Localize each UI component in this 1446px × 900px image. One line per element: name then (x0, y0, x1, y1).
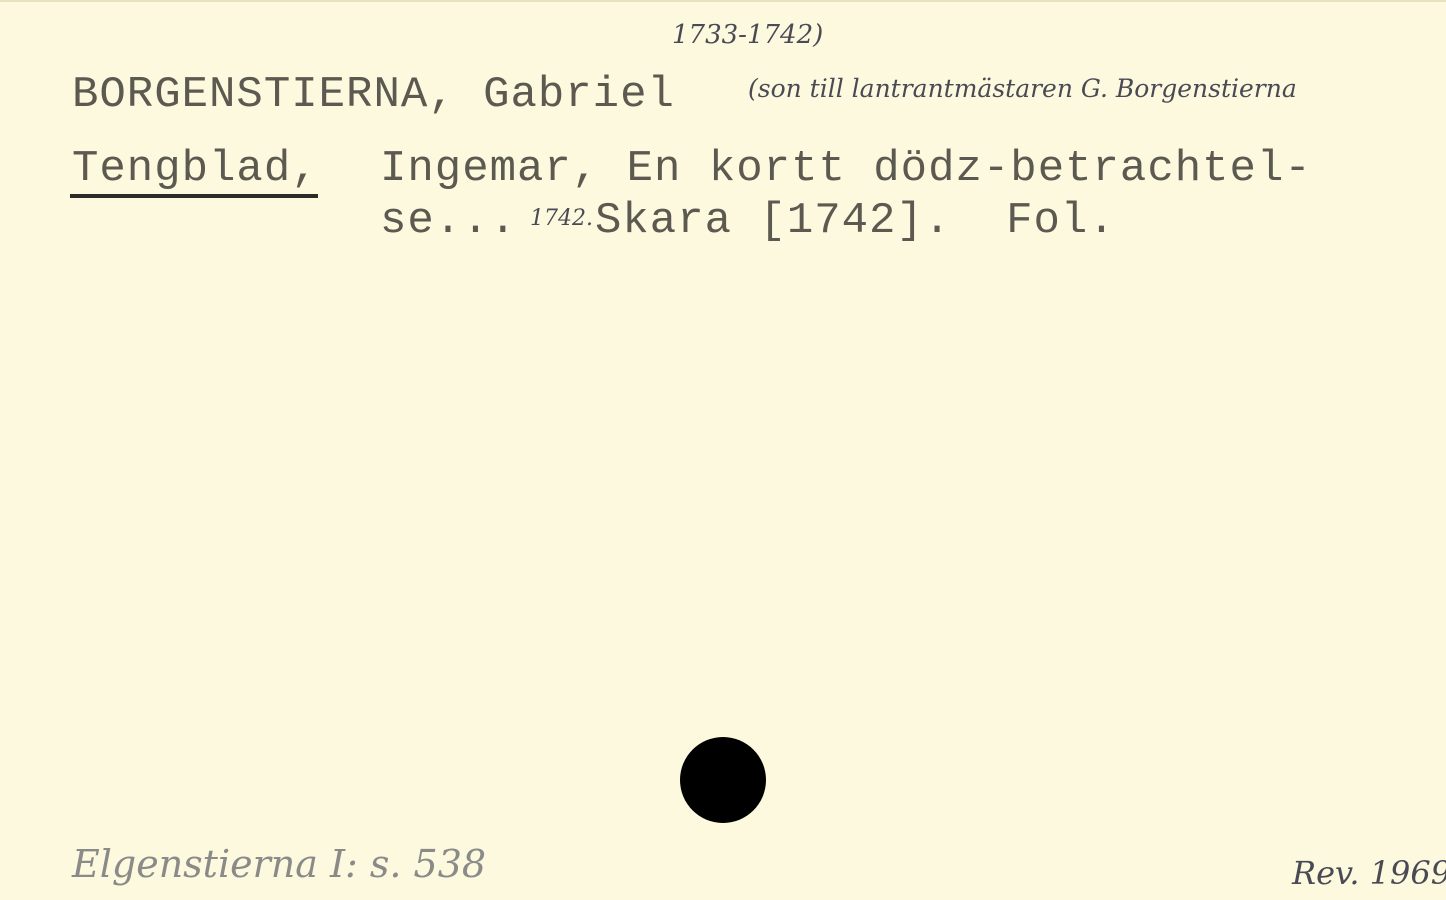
entry-title-line2-prefix: se... (380, 196, 517, 246)
entry-imprint: Skara [1742]. Fol. (595, 196, 1116, 246)
life-dates-handwritten: 1733-1742) (672, 20, 823, 50)
footer-pencil-note: Elgenstierna I: s. 538 (72, 842, 486, 886)
catalog-card: 1733-1742) BORGENSTIERNA, Gabriel (son t… (0, 0, 1446, 900)
revision-note: Rev. 1969 (1292, 854, 1446, 892)
heading-name: BORGENSTIERNA, Gabriel (72, 70, 675, 120)
relation-note-handwritten: (son till lantrantmästaren G. Borgenstie… (748, 74, 1297, 103)
punch-hole (680, 737, 766, 823)
author-underline (70, 194, 318, 198)
entry-title-line1: Ingemar, En kortt dödz-betrachtel- (380, 144, 1312, 194)
entry-year-handwritten: 1742. (530, 206, 593, 231)
entry-author: Tengblad, (72, 144, 319, 194)
